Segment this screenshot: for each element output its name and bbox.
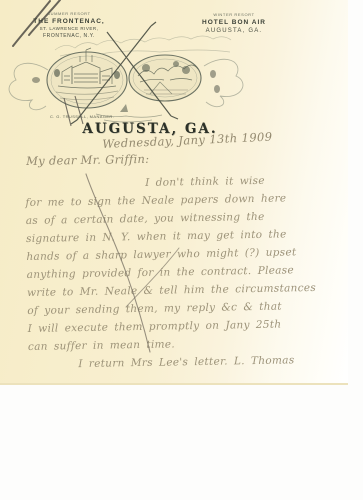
handwriting-line: I return Mrs Lee's letter. L. Thomas xyxy=(78,351,333,373)
bon-air-location: AUGUSTA, GA. xyxy=(184,27,284,36)
frontenac-hotel-engraving xyxy=(47,48,127,108)
frontenac-name: THE FRONTENAC, xyxy=(26,17,112,26)
bon-air-grounds-engraving xyxy=(129,55,201,101)
frontenac-location: FRONTENAC, N.Y. xyxy=(26,33,112,40)
letter-body: I don't think it wise for me to sign the… xyxy=(25,171,333,374)
manager-credit: C. G. TRUSSELL, MANAGER. xyxy=(50,114,114,119)
salutation: My dear Mr. Griffin: xyxy=(26,152,149,168)
scanned-letter-page: SUMMER RESORT THE FRONTENAC, ST. LAWRENC… xyxy=(0,0,348,385)
frontenac-address-block: SUMMER RESORT THE FRONTENAC, ST. LAWRENC… xyxy=(26,11,112,40)
bon-air-address-block: WINTER RESORT HOTEL BON AIR AUGUSTA, GA. xyxy=(184,12,284,36)
pond-and-boat-engraving xyxy=(96,104,162,122)
hotel-bon-air-name: HOTEL BON AIR xyxy=(184,18,284,27)
